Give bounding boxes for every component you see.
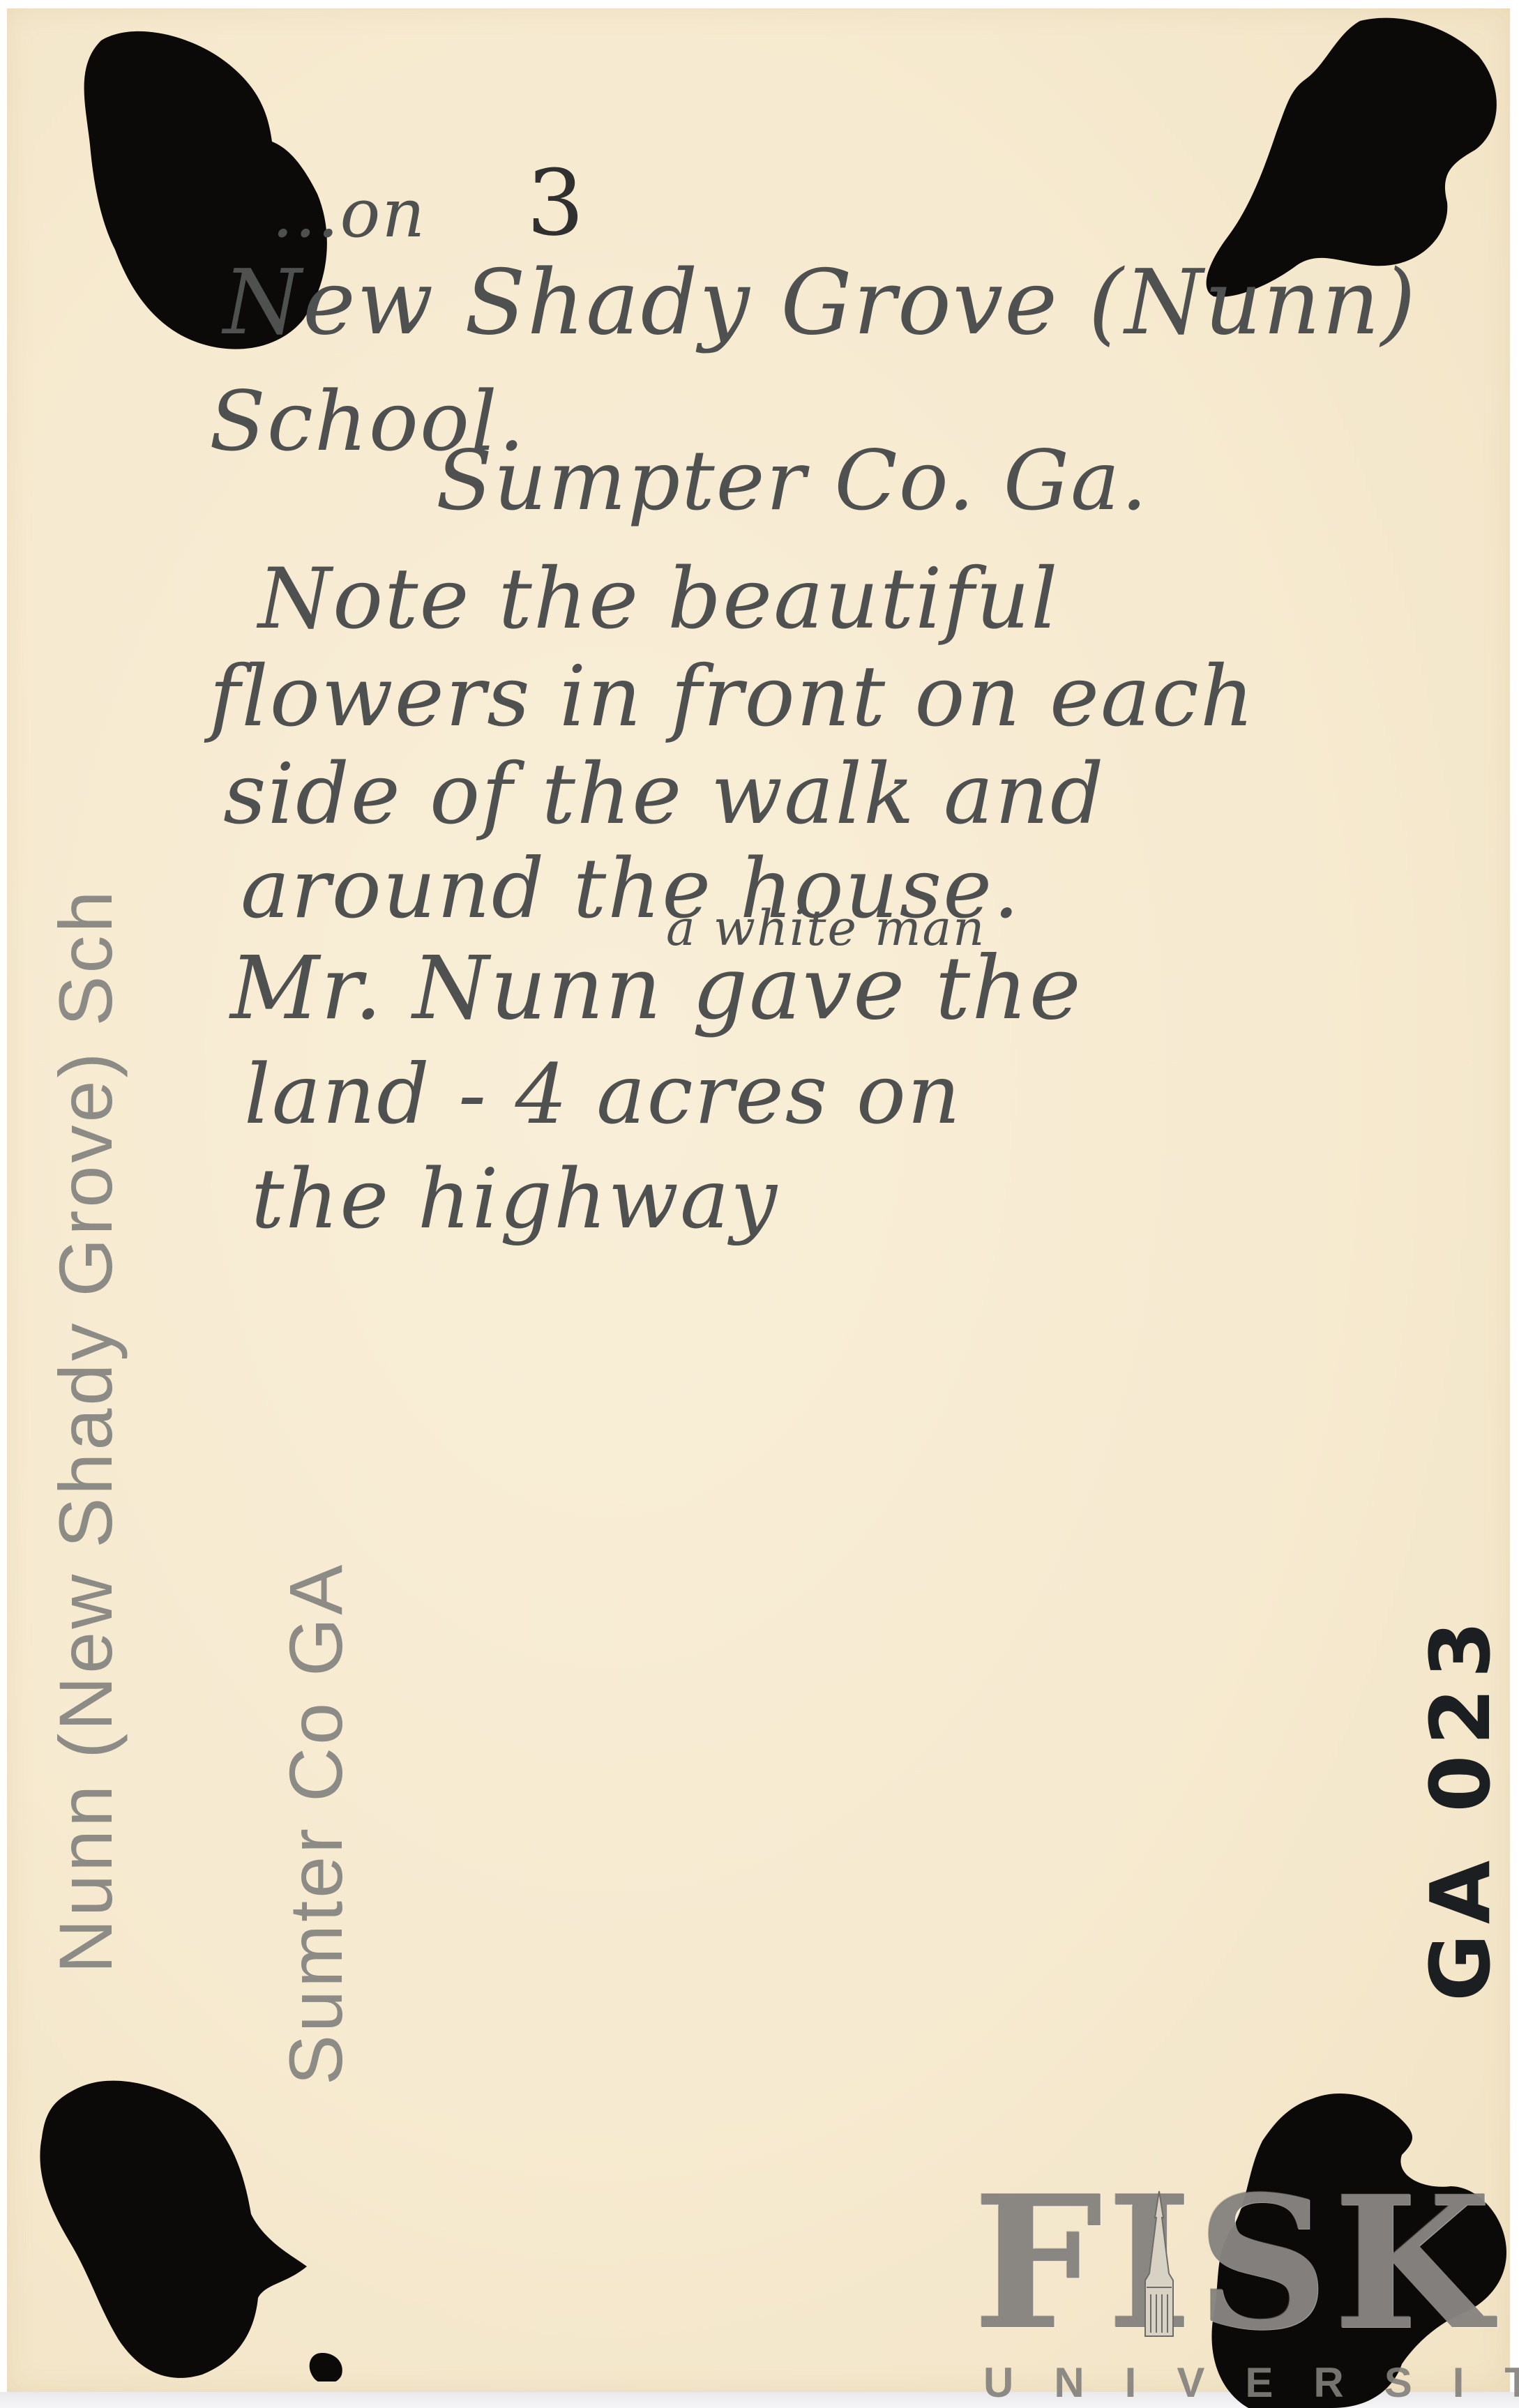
ink-line-1: New Shady Grove (Nunn) bbox=[223, 251, 1417, 355]
watermark-word: FISK bbox=[955, 2176, 1513, 2350]
ink-line-3: Sumpter Co. Ga. bbox=[436, 432, 1149, 529]
chapel-spire-icon bbox=[1138, 2190, 1180, 2343]
watermark-subtitle: UNIVERSITY bbox=[955, 2358, 1513, 2407]
ink-line-0: ...on bbox=[272, 174, 426, 252]
pencil-note-county: Sumter Co GA bbox=[272, 1562, 359, 2085]
ink-line-4: Note the beautiful bbox=[258, 551, 1059, 648]
ink-line-10: land - 4 acres on bbox=[244, 1046, 962, 1142]
corner-mount-bottom-left bbox=[28, 2075, 349, 2382]
ink-line-5: flowers in front on each bbox=[209, 649, 1255, 745]
ink-number: 3 bbox=[527, 150, 586, 256]
ink-line-9: Mr. Nunn gave the bbox=[230, 938, 1082, 1039]
ink-line-11: the highway bbox=[251, 1151, 778, 1247]
ink-line-6: side of the walk and bbox=[223, 746, 1105, 843]
fisk-university-watermark: FISK UNIVERSITY bbox=[955, 2176, 1513, 2406]
catalog-label: GA 023 bbox=[1412, 1611, 1509, 2001]
pencil-note-school-name: Nunn (New Shady Grove) Sch bbox=[42, 888, 129, 1974]
